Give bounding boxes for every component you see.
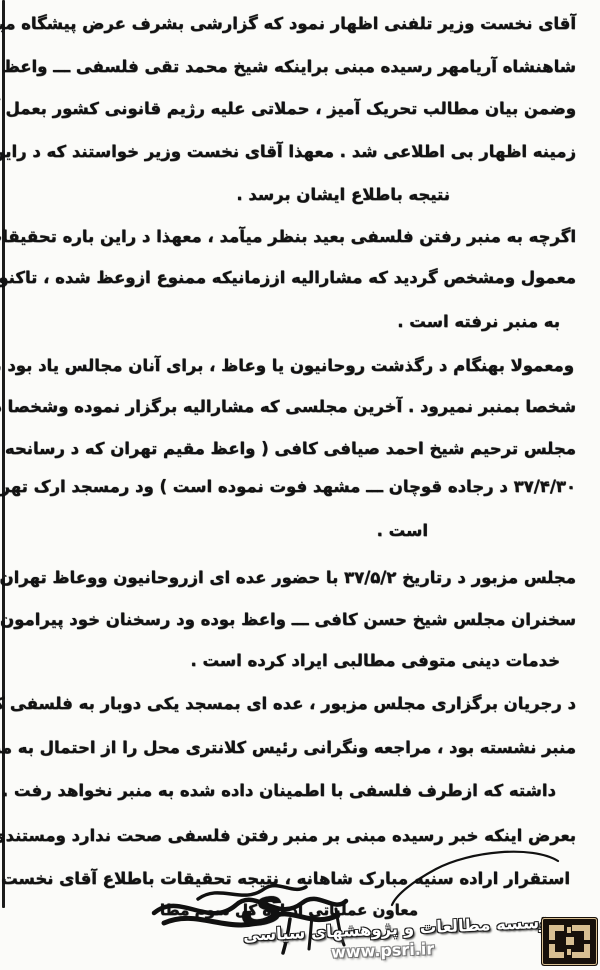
text-line: ومعمولا بهنگام د رگذشت روحانیون یا وعاظ … xyxy=(0,356,574,377)
text-line: نتیجه باطلاع ایشان برسد . xyxy=(236,185,450,206)
text-line: مجلس مزبور د رتاریخ ۳۷/۵/۲ با حضور عده ا… xyxy=(0,568,576,589)
text-line: مجلس ترحیم شیخ احمد صیافی کافی ( واعظ مق… xyxy=(0,439,576,460)
text-line: داشته که ازطرف فلسفی با اطمینان داده شده… xyxy=(2,781,556,802)
text-line: است . xyxy=(377,521,428,542)
text-line: وضمن بیان مطالب تحریک آمیز ، حملاتی علیه… xyxy=(0,99,576,120)
text-line: منبر نشسته بود ، مراجعه ونگرانی رئیس کلا… xyxy=(0,738,576,759)
text-line: سخنران مجلس شیخ حسن کافی ـــ واعظ بوده و… xyxy=(0,610,576,631)
scanned-document-page: آقای نخست وزیر تلفنی اظهار نمود که گزارش… xyxy=(0,0,600,970)
text-line: به منبر نرفته است . xyxy=(397,312,560,333)
text-line: د رجریان برگزاری مجلس مزبور ، عده ای بمس… xyxy=(0,694,576,715)
watermark-url-text: www.psri.ir xyxy=(331,939,435,962)
text-line: شخصا بمنبر نمیرود . آخرین مجلسی که مشارا… xyxy=(0,397,576,418)
psri-logo-icon xyxy=(541,917,598,966)
text-line: شاهنشاه آریامهر رسیده مبنی براینکه شیخ م… xyxy=(0,57,576,78)
signature-glyph: ی xyxy=(236,876,285,929)
text-line: زمینه اظهار بی اطلاعی شد . معهذا آقای نخ… xyxy=(0,142,576,163)
text-line: ۳۷/۴/۳۰ د رجاده قوچان ـــ مشهد فوت نموده… xyxy=(0,477,576,498)
text-line: خدمات دینی متوفی مطالبی ایراد کرده است . xyxy=(190,651,560,672)
text-line: اگرچه به منبر رفتن فلسفی بعید بنظر میآمد… xyxy=(0,227,576,248)
text-line: آقای نخست وزیر تلفنی اظهار نمود که گزارش… xyxy=(0,14,576,35)
text-line: معمول ومشخص گردید که مشارالیه اززمانیکه … xyxy=(0,268,576,289)
